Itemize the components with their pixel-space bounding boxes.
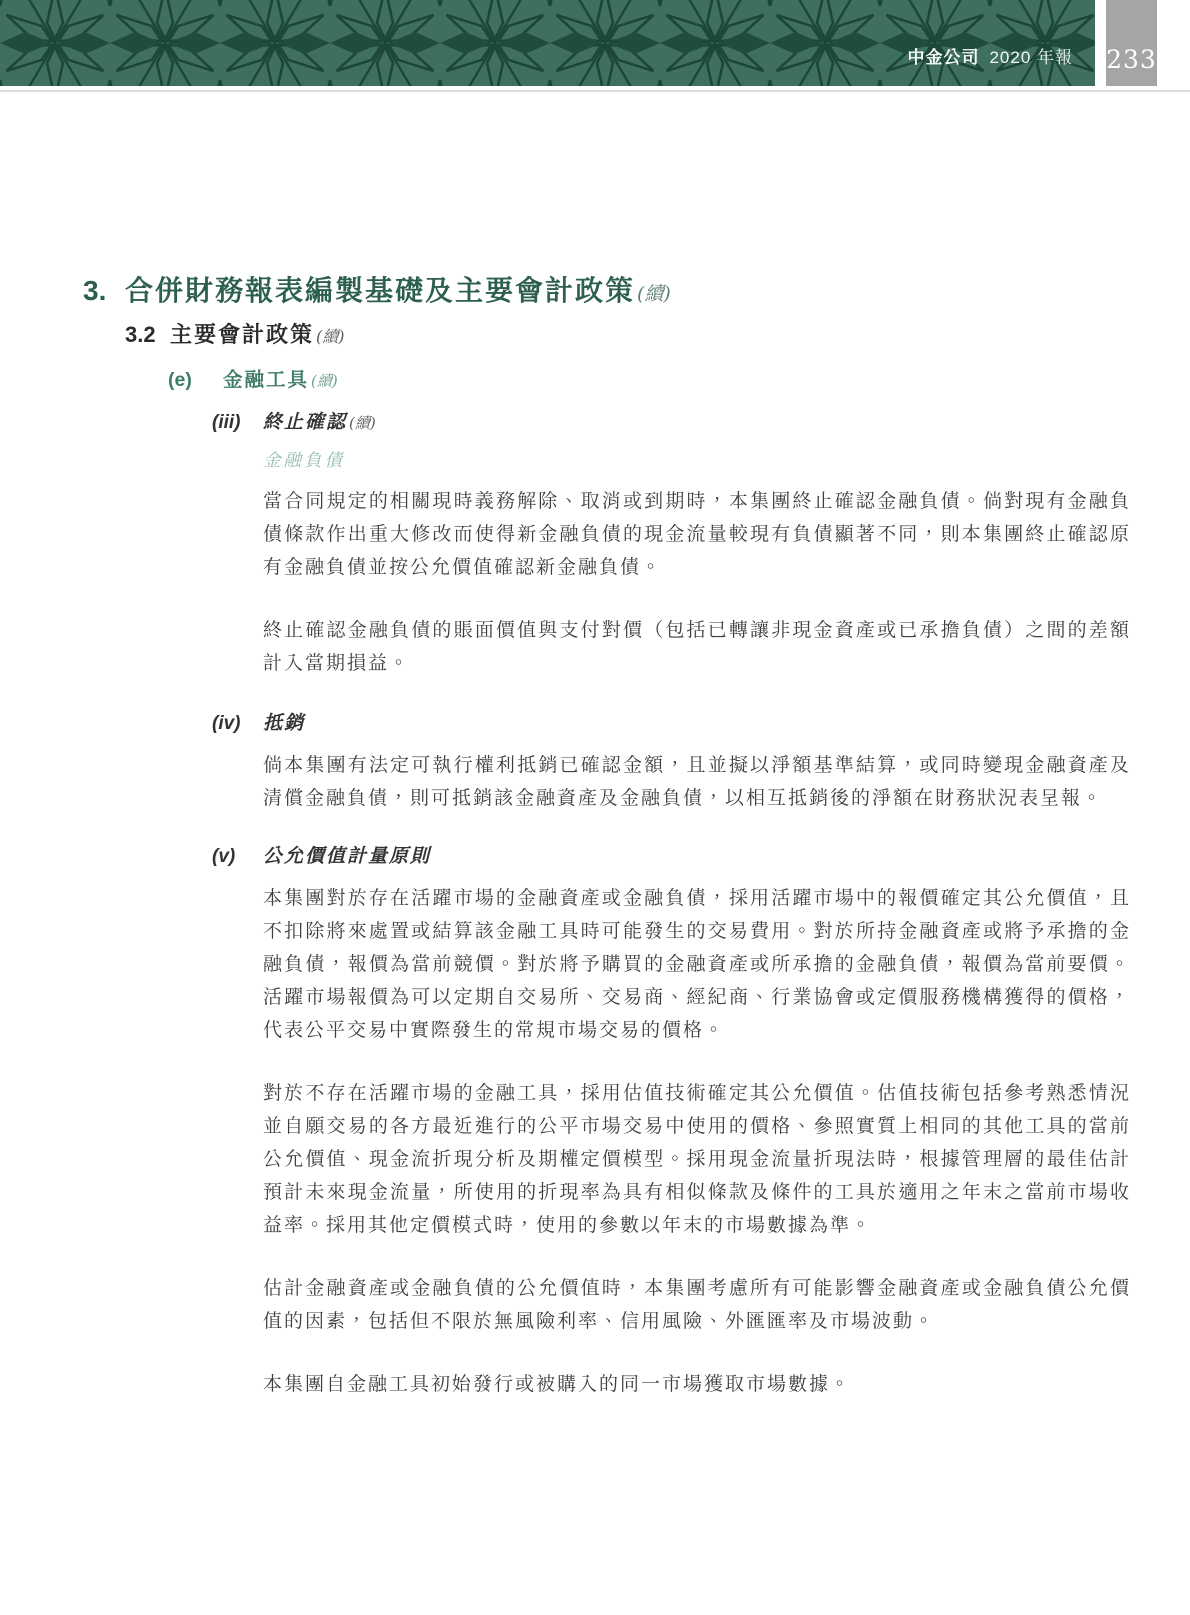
paragraph-v-1: 本集團對於存在活躍市場的金融資產或金融負債，採用活躍市場中的報價確定其公允價值，…	[263, 882, 1131, 1047]
paragraph-v-3: 估計金融資產或金融負債的公允價值時，本集團考慮所有可能影響金融資產或金融負債公允…	[263, 1272, 1131, 1338]
paragraph-iii-2: 終止確認金融負債的賬面價值與支付對價（包括已轉讓非現金資產或已承擔負債）之間的差…	[263, 614, 1131, 680]
paragraph-iii-1: 當合同規定的相關現時義務解除、取消或到期時，本集團終止確認金融負債。倘對現有金融…	[263, 485, 1131, 584]
sub-heading-financial-liabilities: 金融負債	[263, 447, 1190, 473]
heading-item-iii: (iii) 終止確認 (續)	[212, 409, 1190, 437]
heading-item-e-number: (e)	[168, 366, 223, 394]
heading-item-iv: (iv) 抵銷	[212, 710, 1190, 737]
notes-content: 3. 合併財務報表編製基礎及主要會計政策 (續) 3.2 主要會計政策 (續) …	[0, 273, 1190, 1401]
heading-section-3-title: 合併財務報表編製基礎及主要會計政策	[125, 273, 635, 309]
header-band: 中金公司2020 年報	[0, 0, 1095, 86]
header-gap	[1095, 0, 1106, 86]
heading-section-3-2-continued: (續)	[316, 322, 345, 352]
heading-item-e-continued: (續)	[311, 367, 338, 395]
paragraph-v-4: 本集團自金融工具初始發行或被購入的同一市場獲取市場數據。	[263, 1368, 1131, 1401]
page-number: 233	[1106, 47, 1157, 72]
header-company-title: 中金公司2020 年報	[907, 43, 1073, 68]
page-number-box: 233	[1106, 0, 1157, 86]
heading-section-3-continued: (續)	[637, 276, 671, 312]
paragraph-iv-1: 倘本集團有法定可執行權利抵銷已確認金額，且並擬以淨額基準結算，或同時變現金融資產…	[263, 749, 1131, 815]
paragraph-v-2: 對於不存在活躍市場的金融工具，採用估值技術確定其公允價值。估值技術包括參考熟悉情…	[263, 1077, 1131, 1242]
heading-section-3: 3. 合併財務報表編製基礎及主要會計政策 (續)	[83, 273, 1190, 312]
heading-item-iii-continued: (續)	[349, 410, 376, 437]
page-header: 中金公司2020 年報 233	[0, 0, 1190, 86]
heading-item-v-number: (v)	[212, 843, 263, 870]
heading-section-3-2-number: 3.2	[125, 320, 170, 350]
heading-section-3-2: 3.2 主要會計政策 (續)	[125, 320, 1190, 352]
report-year-label: 2020 年報	[989, 48, 1073, 67]
heading-item-e-title: 金融工具	[223, 366, 309, 394]
company-name: 中金公司	[907, 48, 979, 67]
report-page: 中金公司2020 年報 233 3. 合併財務報表編製基礎及主要會計政策 (續)…	[0, 0, 1190, 1615]
heading-item-e: (e) 金融工具 (續)	[168, 366, 1190, 395]
header-divider	[0, 90, 1190, 92]
heading-item-iii-number: (iii)	[212, 409, 263, 436]
heading-item-iv-title: 抵銷	[263, 710, 305, 737]
heading-section-3-2-title: 主要會計政策	[170, 320, 314, 350]
heading-item-v-title: 公允價值計量原則	[263, 843, 431, 870]
heading-item-v: (v) 公允價值計量原則	[212, 843, 1190, 870]
heading-item-iv-number: (iv)	[212, 710, 263, 737]
heading-item-iii-title: 終止確認	[263, 409, 347, 436]
heading-section-3-number: 3.	[83, 273, 125, 309]
